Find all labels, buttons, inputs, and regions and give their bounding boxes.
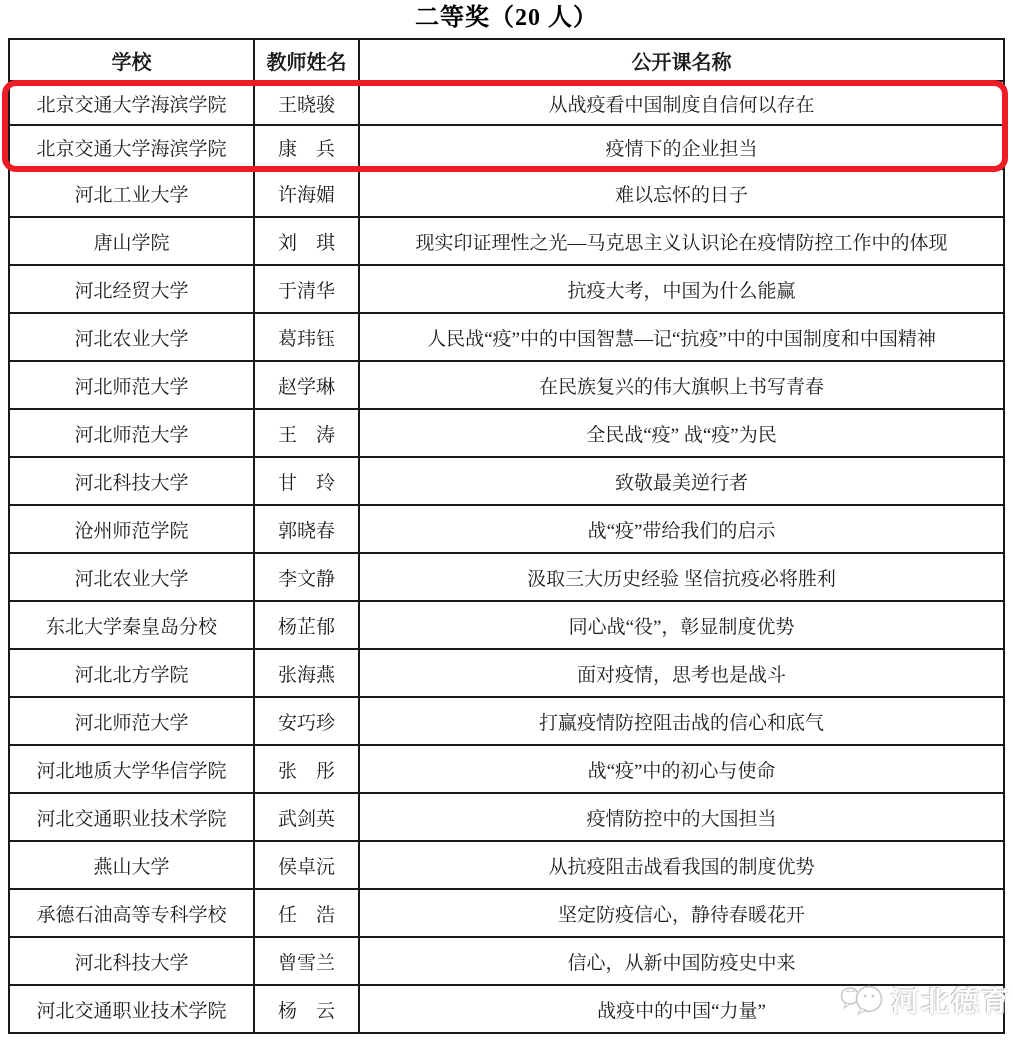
- course-cell: 从战疫看中国制度自信何以存在: [359, 81, 1004, 125]
- school-cell: 河北师范大学: [9, 361, 254, 409]
- teacher-cell: 侯卓沅: [254, 841, 359, 889]
- teacher-cell: 武剑英: [254, 793, 359, 841]
- school-cell: 北京交通大学海滨学院: [9, 81, 254, 125]
- school-cell: 河北农业大学: [9, 553, 254, 601]
- course-cell: 难以忘怀的日子: [359, 169, 1004, 217]
- table-row: 河北交通职业技术学院杨 云战疫中的中国“力量”: [9, 985, 1004, 1033]
- teacher-cell: 葛玮钰: [254, 313, 359, 361]
- table-header: 学校 教师姓名 公开课名称: [9, 39, 1004, 81]
- teacher-cell: 任 浩: [254, 889, 359, 937]
- teacher-cell: 张 彤: [254, 745, 359, 793]
- table-row: 河北师范大学安巧珍打赢疫情防控阻击战的信心和底气: [9, 697, 1004, 745]
- table-row: 沧州师范学院郭晓春战“疫”带给我们的启示: [9, 505, 1004, 553]
- teacher-cell: 张海燕: [254, 649, 359, 697]
- teacher-cell: 甘 玲: [254, 457, 359, 505]
- course-cell: 全民战“疫” 战“疫”为民: [359, 409, 1004, 457]
- teacher-cell: 杨 云: [254, 985, 359, 1033]
- course-cell: 在民族复兴的伟大旗帜上书写青春: [359, 361, 1004, 409]
- table-row: 河北师范大学赵学琳在民族复兴的伟大旗帜上书写青春: [9, 361, 1004, 409]
- school-cell: 承德石油高等专科学校: [9, 889, 254, 937]
- table-row: 河北工业大学许海媚难以忘怀的日子: [9, 169, 1004, 217]
- table-row: 河北交通职业技术学院武剑英疫情防控中的大国担当: [9, 793, 1004, 841]
- table-row: 北京交通大学海滨学院王晓骏从战疫看中国制度自信何以存在: [9, 81, 1004, 125]
- teacher-cell: 郭晓春: [254, 505, 359, 553]
- table-row: 唐山学院刘 琪现实印证理性之光—马克思主义认识论在疫情防控工作中的体现: [9, 217, 1004, 265]
- teacher-cell: 杨芷郁: [254, 601, 359, 649]
- course-cell: 战“疫”带给我们的启示: [359, 505, 1004, 553]
- school-cell: 河北工业大学: [9, 169, 254, 217]
- school-cell: 河北科技大学: [9, 457, 254, 505]
- teacher-cell: 于清华: [254, 265, 359, 313]
- table-row: 河北农业大学葛玮钰人民战“疫”中的中国智慧—记“抗疫”中的中国制度和中国精神: [9, 313, 1004, 361]
- table-row: 河北北方学院张海燕面对疫情，思考也是战斗: [9, 649, 1004, 697]
- teacher-cell: 刘 琪: [254, 217, 359, 265]
- table-row: 河北农业大学李文静汲取三大历史经验 坚信抗疫必将胜利: [9, 553, 1004, 601]
- teacher-cell: 赵学琳: [254, 361, 359, 409]
- course-cell: 现实印证理性之光—马克思主义认识论在疫情防控工作中的体现: [359, 217, 1004, 265]
- school-cell: 河北科技大学: [9, 937, 254, 985]
- school-cell: 河北师范大学: [9, 697, 254, 745]
- table-row: 河北科技大学曾雪兰信心，从新中国防疫史中来: [9, 937, 1004, 985]
- course-cell: 信心，从新中国防疫史中来: [359, 937, 1004, 985]
- school-cell: 沧州师范学院: [9, 505, 254, 553]
- course-cell: 从抗疫阻击战看我国的制度优势: [359, 841, 1004, 889]
- table-row: 河北地质大学华信学院张 彤战“疫”中的初心与使命: [9, 745, 1004, 793]
- school-cell: 燕山大学: [9, 841, 254, 889]
- teacher-cell: 王 涛: [254, 409, 359, 457]
- course-cell: 汲取三大历史经验 坚信抗疫必将胜利: [359, 553, 1004, 601]
- course-cell: 面对疫情，思考也是战斗: [359, 649, 1004, 697]
- teacher-cell: 安巧珍: [254, 697, 359, 745]
- course-cell: 战“疫”中的初心与使命: [359, 745, 1004, 793]
- header-row: 学校 教师姓名 公开课名称: [9, 39, 1004, 81]
- header-course: 公开课名称: [359, 39, 1004, 81]
- teacher-cell: 许海媚: [254, 169, 359, 217]
- school-cell: 河北交通职业技术学院: [9, 793, 254, 841]
- course-cell: 打赢疫情防控阻击战的信心和底气: [359, 697, 1004, 745]
- school-cell: 东北大学秦皇岛分校: [9, 601, 254, 649]
- school-cell: 北京交通大学海滨学院: [9, 125, 254, 169]
- table-row: 燕山大学侯卓沅从抗疫阻击战看我国的制度优势: [9, 841, 1004, 889]
- course-cell: 战疫中的中国“力量”: [359, 985, 1004, 1033]
- course-cell: 疫情防控中的大国担当: [359, 793, 1004, 841]
- table-row: 东北大学秦皇岛分校杨芷郁同心战“役”，彰显制度优势: [9, 601, 1004, 649]
- school-cell: 河北地质大学华信学院: [9, 745, 254, 793]
- school-cell: 河北农业大学: [9, 313, 254, 361]
- award-table: 学校 教师姓名 公开课名称 北京交通大学海滨学院王晓骏从战疫看中国制度自信何以存…: [8, 38, 1005, 1034]
- table-row: 河北经贸大学于清华抗疫大考，中国为什么能赢: [9, 265, 1004, 313]
- table-row: 北京交通大学海滨学院康 兵疫情下的企业担当: [9, 125, 1004, 169]
- course-cell: 坚定防疫信心，静待春暖花开: [359, 889, 1004, 937]
- course-cell: 同心战“役”，彰显制度优势: [359, 601, 1004, 649]
- table-row: 承德石油高等专科学校任 浩坚定防疫信心，静待春暖花开: [9, 889, 1004, 937]
- course-cell: 致敬最美逆行者: [359, 457, 1004, 505]
- page-title: 二等奖（20 人）: [0, 0, 1013, 38]
- school-cell: 河北交通职业技术学院: [9, 985, 254, 1033]
- course-cell: 抗疫大考，中国为什么能赢: [359, 265, 1004, 313]
- teacher-cell: 王晓骏: [254, 81, 359, 125]
- school-cell: 河北北方学院: [9, 649, 254, 697]
- table-row: 河北师范大学王 涛全民战“疫” 战“疫”为民: [9, 409, 1004, 457]
- school-cell: 河北经贸大学: [9, 265, 254, 313]
- teacher-cell: 李文静: [254, 553, 359, 601]
- teacher-cell: 曾雪兰: [254, 937, 359, 985]
- course-cell: 人民战“疫”中的中国智慧—记“抗疫”中的中国制度和中国精神: [359, 313, 1004, 361]
- school-cell: 唐山学院: [9, 217, 254, 265]
- table-body: 北京交通大学海滨学院王晓骏从战疫看中国制度自信何以存在北京交通大学海滨学院康 兵…: [9, 81, 1004, 1033]
- header-teacher: 教师姓名: [254, 39, 359, 81]
- teacher-cell: 康 兵: [254, 125, 359, 169]
- header-school: 学校: [9, 39, 254, 81]
- school-cell: 河北师范大学: [9, 409, 254, 457]
- table-row: 河北科技大学甘 玲致敬最美逆行者: [9, 457, 1004, 505]
- award-table-container: 学校 教师姓名 公开课名称 北京交通大学海滨学院王晓骏从战疫看中国制度自信何以存…: [8, 38, 1005, 1034]
- course-cell: 疫情下的企业担当: [359, 125, 1004, 169]
